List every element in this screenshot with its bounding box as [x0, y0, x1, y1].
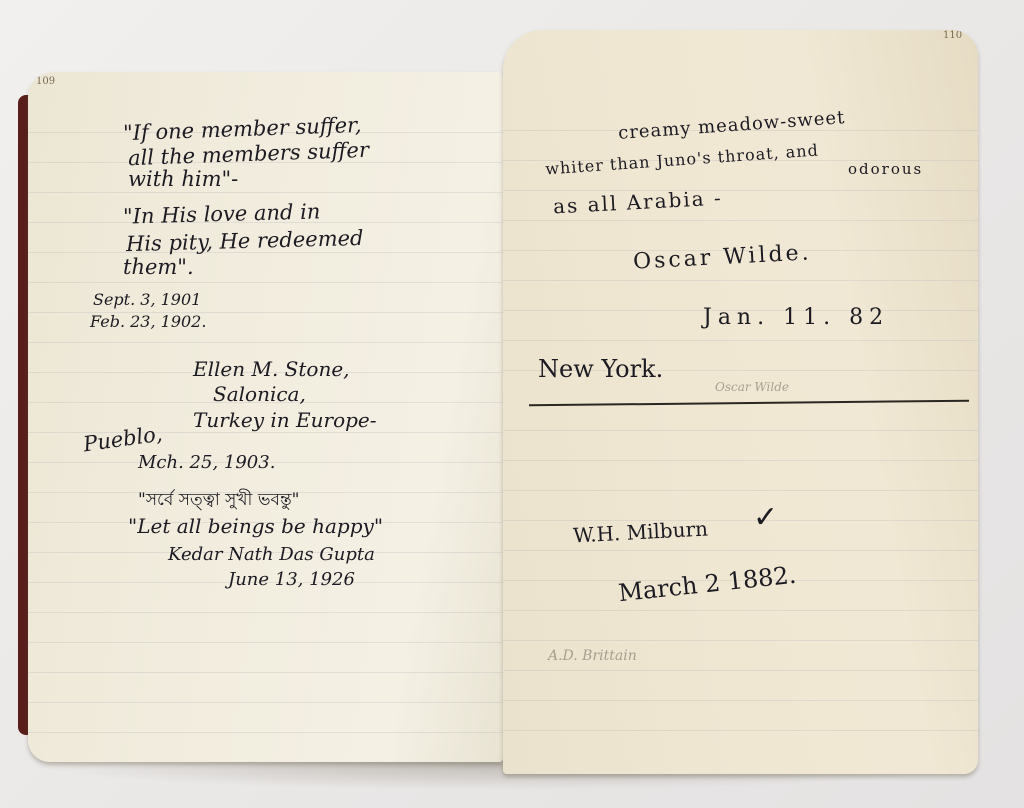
right-page: 110 creamy meadow-sweet whiter than Juno…: [503, 30, 978, 774]
bengali-line: "সর্বে সত্ত্বা সুখী ভবন্তু": [138, 487, 299, 515]
place-line: New York.: [538, 355, 663, 383]
quote-line: "In His love and in: [123, 199, 321, 228]
quote-line: odorous: [848, 160, 923, 178]
signature-date: March 2 1882.: [617, 561, 797, 608]
divider-line: [529, 400, 969, 407]
quote-line: whiter than Juno's throat, and: [545, 140, 820, 178]
pencil-note: Oscar Wilde: [715, 380, 789, 394]
signer-date: June 13, 1926: [228, 569, 355, 590]
date-line: Jan. 11. 82: [703, 305, 889, 330]
date-line: Feb. 23, 1902.: [90, 312, 206, 331]
check-mark-icon: ✓: [753, 500, 778, 535]
page-number: 109: [36, 76, 55, 87]
left-page: 109 "If one member suffer, all the membe…: [28, 72, 503, 762]
signature-oscar-wilde: Oscar Wilde.: [632, 240, 812, 274]
translation-line: "Let all beings be happy": [128, 514, 383, 538]
signer-name: Kedar Nath Das Gupta: [168, 544, 375, 565]
quote-line: them".: [123, 255, 194, 279]
signature-line: Turkey in Europe-: [193, 408, 377, 432]
page-number: 110: [943, 30, 962, 41]
quote-line: with him"-: [128, 167, 238, 191]
quote-line: creamy meadow-sweet: [618, 107, 846, 144]
date-line: Sept. 3, 1901: [93, 290, 201, 309]
signature-line: Ellen M. Stone,: [193, 357, 350, 381]
date-line: Mch. 25, 1903.: [138, 452, 275, 473]
pencil-note: A.D. Brittain: [548, 648, 637, 664]
signature-line: Salonica,: [213, 382, 306, 406]
signature-milburn: W.H. Milburn: [572, 516, 708, 547]
